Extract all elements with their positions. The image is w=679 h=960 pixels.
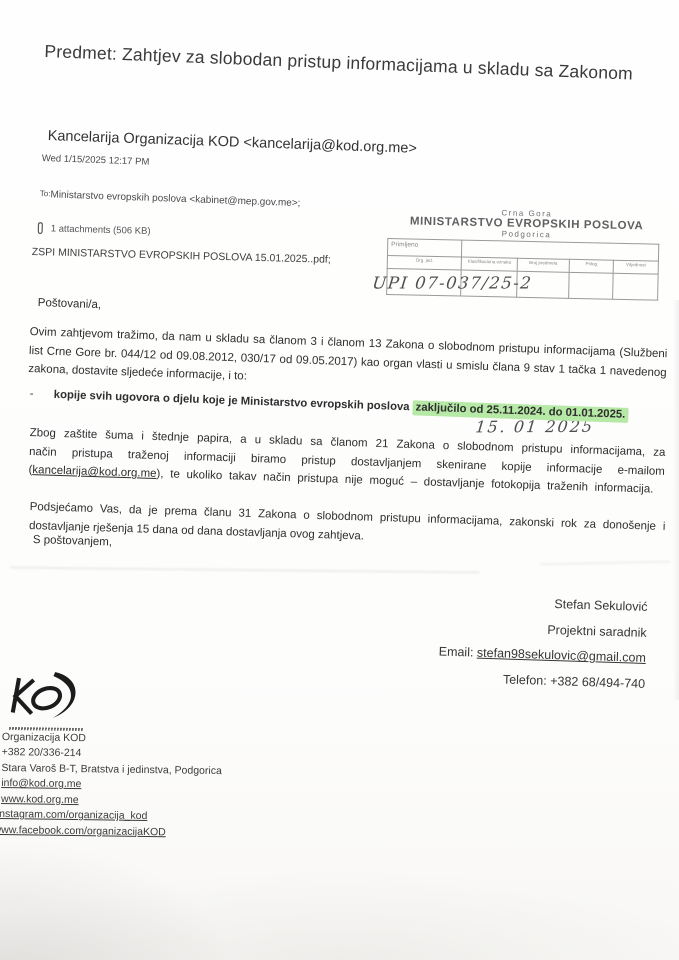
recipient-line: To:Ministarstvo evropskih poslova <kabin… (40, 189, 301, 209)
attachment-row[interactable]: 1 attachments (506 KB) (36, 221, 151, 238)
sent-timestamp: Wed 1/15/2025 12:17 PM (42, 153, 150, 168)
signer-email-link[interactable]: stefan98sekulovic@gmail.com (477, 646, 646, 665)
stamp-col-broj: Broj predmeta (517, 258, 569, 272)
kod-email-link[interactable]: kancelarija@kod.org.me (32, 464, 157, 480)
signer-phone: +382 68/494-740 (550, 674, 645, 691)
sender-line: Kancelarija Organizacija KOD <kancelarij… (47, 128, 417, 157)
paragraph-request: Ovim zahtjevom tražimo, da nam u skladu … (28, 323, 668, 401)
receipt-stamp: Crna Gora MINISTARSTVO EVROPSKIH POSLOVA… (386, 206, 666, 301)
handwritten-case-number: UPI 07-037/25-2 (371, 273, 533, 292)
footer-facebook-link[interactable]: www.facebook.com/organizacijaKOD (0, 822, 221, 841)
email-label: Email: (439, 645, 478, 660)
scanned-letter-page: Predmet: Zahtjev za slobodan pristup inf… (0, 0, 679, 960)
salutation: Poštovani/a, (38, 297, 102, 311)
bullet-dash: - (30, 388, 54, 401)
kod-logo (5, 668, 88, 731)
scan-edge-shadow (673, 300, 679, 700)
stamp-col-klas: Klasifikaciona oznaka (461, 257, 517, 271)
footer-contact-block: Organizacija KOD +382 20/336-214 Stara V… (0, 730, 222, 841)
stamp-received-label: Primljeno (387, 239, 461, 258)
bullet-text: kopije svih ugovora o djelu koje je Mini… (54, 389, 413, 414)
signature-block: Stefan Sekulović Projektni saradnik Emai… (327, 585, 648, 697)
to-label: To: (40, 189, 51, 198)
phone-label: Telefon: (503, 672, 551, 687)
paperclip-icon (36, 221, 45, 235)
attachment-count: 1 attachments (506 KB) (51, 223, 151, 237)
scan-crease (10, 567, 480, 574)
subject-heading: Predmet: Zahtjev za slobodan pristup inf… (44, 38, 651, 88)
kod-logo-icon (5, 668, 88, 725)
closing: S poštovanjem, (33, 534, 113, 548)
attachment-filename[interactable]: ZSPI MINISTARSTVO EVROPSKIH POSLOVA 15.0… (32, 246, 331, 266)
scan-crease-right (540, 561, 670, 566)
stamp-col-prilog: Prilog (569, 259, 613, 273)
paragraph-deadline: Podsjećamo Vas, da je prema članu 31 Zak… (29, 498, 666, 555)
recipient-address: Ministarstvo evropskih poslova <kabinet@… (50, 189, 300, 209)
stamp-col-vrijednost: Vrijednost (613, 260, 658, 274)
